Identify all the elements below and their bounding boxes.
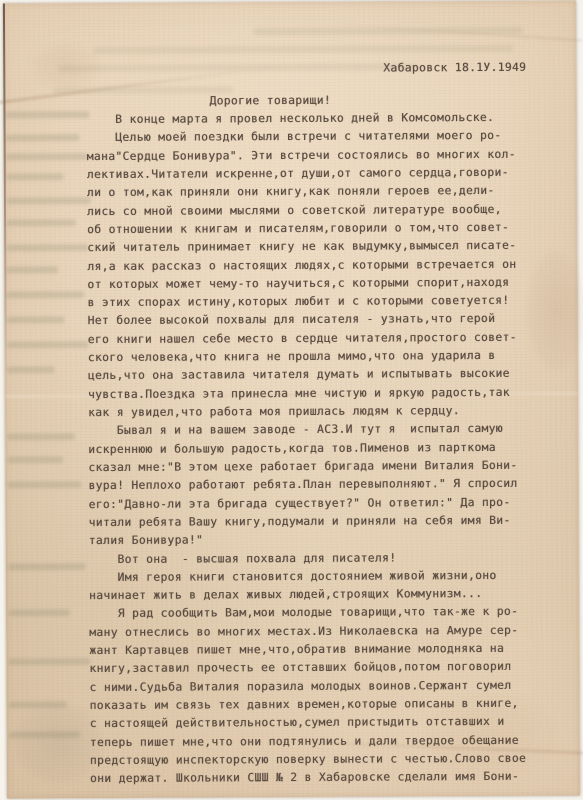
- letter-line: искреннюю и большую радость,когда тов.Пи…: [88, 440, 548, 461]
- letter-line: чувства.Поездка эта принесла мне чистую …: [88, 385, 548, 406]
- letter-body: В конце марта я провел несколько дней в …: [86, 111, 550, 791]
- crease: [323, 23, 583, 42]
- salutation: Дорогие товарищи!: [209, 94, 331, 108]
- letter-line: талия Бонивура!": [89, 532, 549, 553]
- letter-line: Вот она - высшая похвала для писателя!: [89, 550, 549, 571]
- bleedthrough-streak: [6, 134, 80, 141]
- bleedthrough-streak: [253, 27, 523, 35]
- bleedthrough-streak: [53, 86, 233, 94]
- paper-edge-shadow: [3, 3, 7, 373]
- bleedthrough-streak: [6, 173, 64, 180]
- letter-line: теперь пишет мне,что они подтянулись и д…: [90, 733, 550, 754]
- bleedthrough-streak: [7, 366, 55, 373]
- letter-line: лись со мной своими мыслями о советской …: [87, 202, 547, 223]
- bleedthrough-streak: [8, 563, 86, 570]
- letter-line: его:"Давно-ли эта бригада существует?" О…: [89, 495, 549, 516]
- letter-line: Бывал я и на вашем заводе - АСЗ.И тут я …: [88, 422, 548, 443]
- letter-paper: Хабаровск 18.1У.1949 Дорогие товарищи! В…: [3, 1, 580, 799]
- letter-line: ля,а как рассказ о настоящих людях,с кот…: [87, 257, 547, 278]
- letter-line: они держат. Школьники СШШ № 2 в Хабаровс…: [90, 770, 550, 791]
- bleedthrough-streak: [7, 481, 81, 488]
- letter-line: его книги нашел себе место в сердце чита…: [88, 330, 548, 351]
- bleedthrough-streak: [6, 153, 88, 160]
- bleedthrough-streak: [6, 197, 91, 204]
- letter-line: читали ребята Вашу книгу,подумали и прин…: [89, 514, 549, 535]
- letter-line: с ними.Судьба Виталия поразила молодых в…: [89, 678, 549, 699]
- letter-line: книгу,заставил прочесть ее отставших бой…: [89, 660, 549, 681]
- dateline: Хабаровск 18.1У.1949: [383, 61, 526, 75]
- bleedthrough-streak: [5, 111, 89, 118]
- letter-line: ского человека,что книга не прошла мимо,…: [88, 349, 548, 370]
- letter-line: мана"Сердце Бонивура". Эти встречи состо…: [87, 147, 547, 168]
- bleedthrough-streak: [6, 266, 58, 273]
- bleedthrough-streak: [6, 244, 88, 251]
- bleedthrough-streak: [9, 731, 81, 738]
- letter-line: Я рад сообщить Вам,мои молодые товарищи,…: [89, 605, 549, 626]
- bleedthrough-streak: [7, 316, 65, 323]
- bleedthrough-streak: [93, 45, 513, 54]
- bleedthrough-streak: [58, 63, 418, 72]
- bleedthrough-streak: [6, 219, 76, 226]
- bleedthrough-streak: [9, 701, 67, 708]
- letter-line: вура! Неплохо работают ребята.План перев…: [88, 477, 548, 498]
- bleedthrough-streak: [8, 609, 70, 616]
- bleedthrough-streak: [7, 341, 89, 348]
- bleedthrough-streak: [7, 456, 63, 463]
- bleedthrough-streak: [6, 291, 84, 298]
- letter-line: как я увидел,что работа моя пришлась люд…: [88, 404, 548, 425]
- letter-line: Нет более высокой похвалы для писателя -…: [88, 312, 548, 333]
- letter-line: ский читатель принимает книгу не как выд…: [87, 239, 547, 260]
- letter-line: Целью моей поездки были встречи с читате…: [87, 129, 547, 150]
- scan-background: { "paper": { "background": "#e7d2b8", "t…: [0, 0, 583, 800]
- letter-line: ли о том,как приняли они книгу,как понял…: [87, 184, 547, 205]
- bleedthrough-streak: [7, 433, 75, 440]
- bleedthrough-streak: [8, 658, 90, 665]
- letter-line: цель,что она заставила читателя думать и…: [88, 367, 548, 388]
- letter-line: с настоящей действительностью,сумел прис…: [90, 715, 550, 736]
- stain: [31, 43, 101, 89]
- letter-line: лективах.Читатели искренне,от души,от са…: [87, 166, 547, 187]
